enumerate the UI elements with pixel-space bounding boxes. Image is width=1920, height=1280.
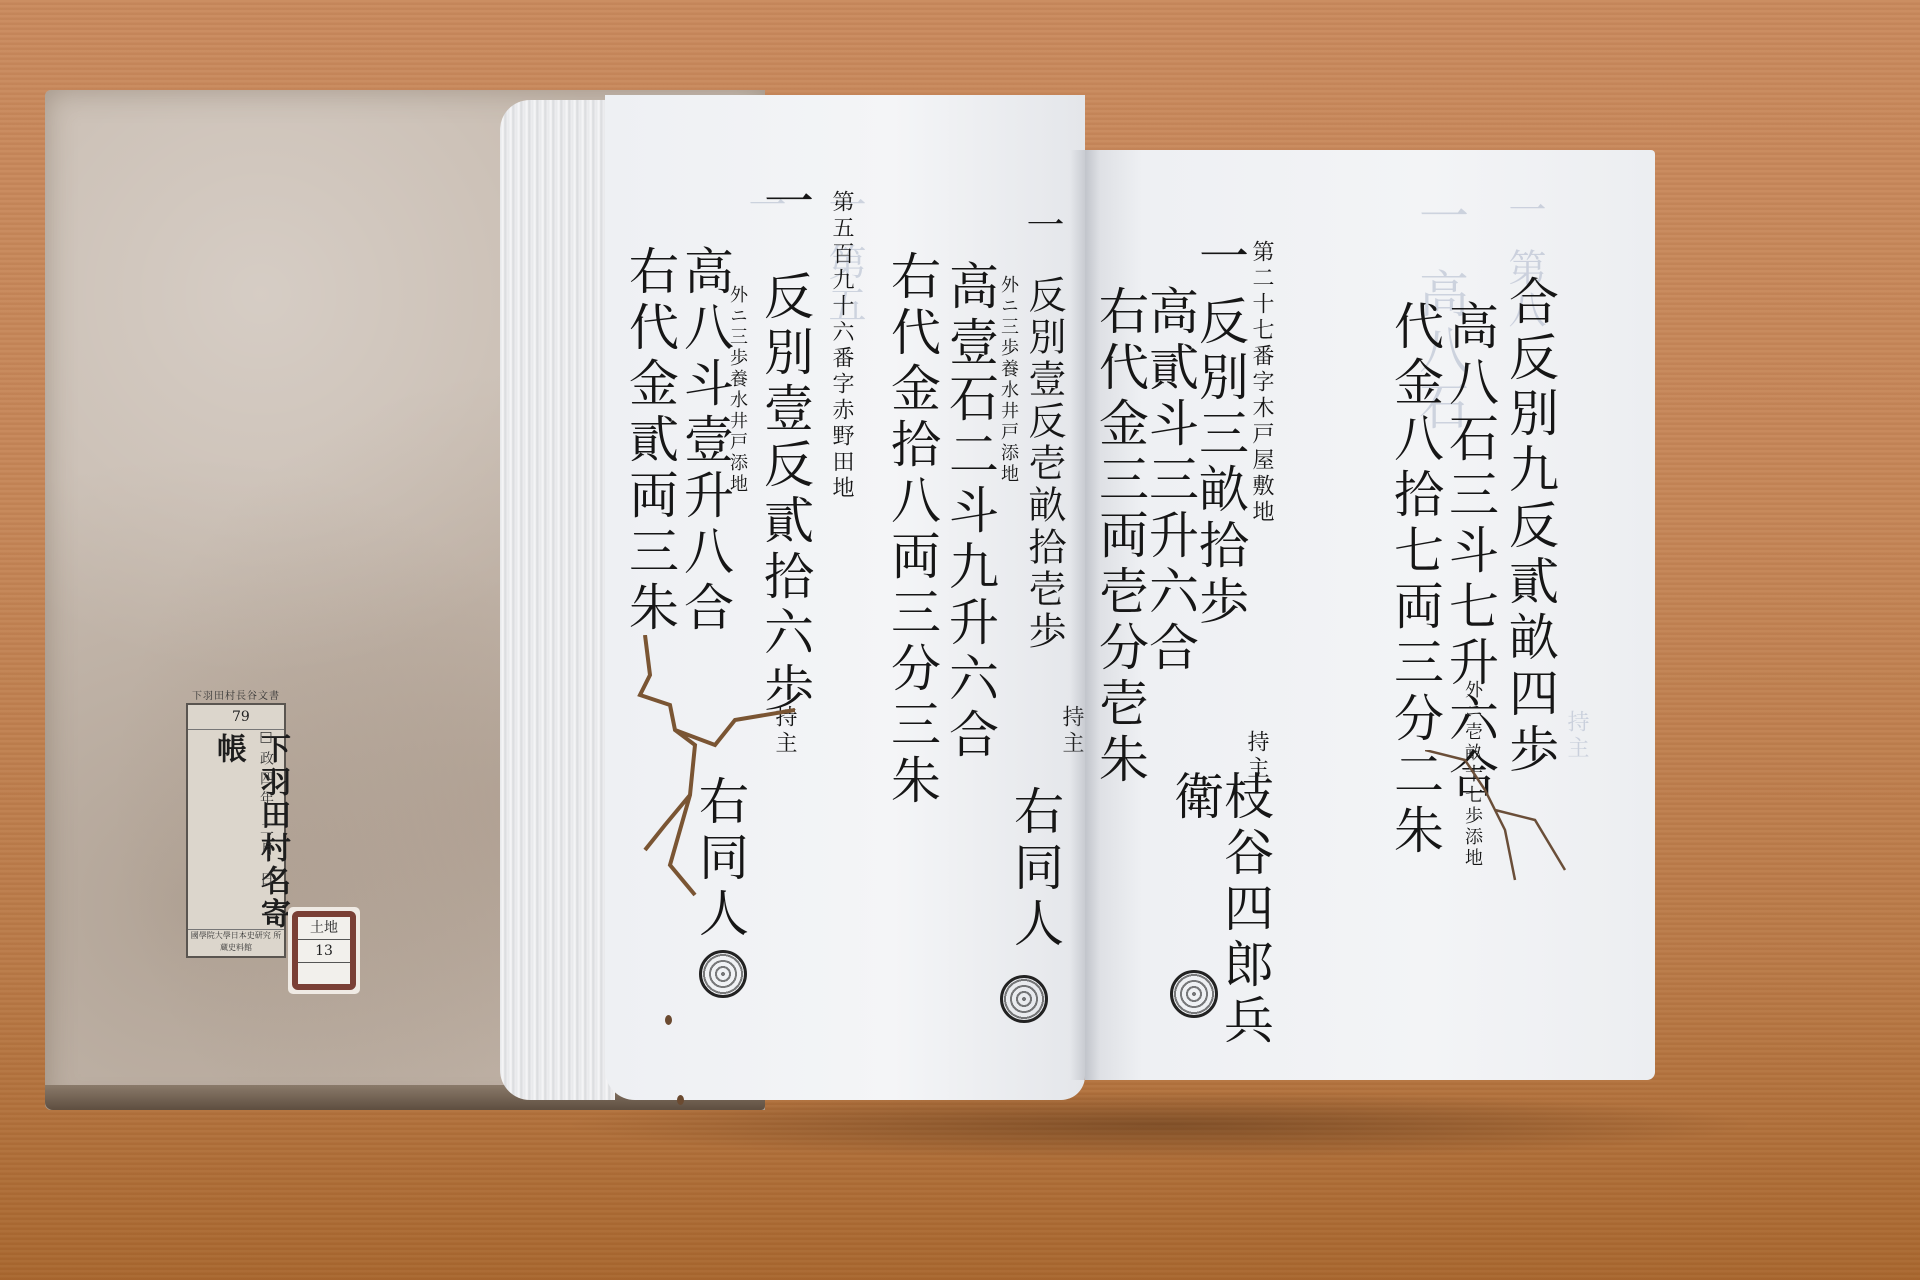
page-stack-edge bbox=[500, 100, 615, 1100]
entry-lot: 第五百九十六番字赤野田地 bbox=[830, 190, 852, 502]
classification-number: 13 bbox=[298, 940, 350, 963]
entry-area: 反別壹反壱畝拾壱歩 bbox=[1025, 275, 1063, 653]
worm-hole bbox=[677, 1095, 684, 1105]
entry-note: 外ニ三歩養水井戸添地 bbox=[999, 275, 1017, 485]
entry-marker: 一 bbox=[1023, 205, 1061, 247]
classification-label: 土地 13 bbox=[288, 907, 360, 994]
worm-hole bbox=[665, 1015, 672, 1025]
archive-label-footer: 國學院大學日本史研究 所蔵史料館 bbox=[188, 929, 284, 954]
entry-yield: 高壹石二斗九升六合 bbox=[945, 260, 995, 764]
document-date: □政四年 二月 日 bbox=[256, 729, 276, 892]
insect-damage bbox=[1425, 750, 1585, 920]
document-title: 下羽田村名寄帳 bbox=[206, 733, 294, 956]
book-gutter bbox=[1070, 150, 1100, 1080]
archive-label: 下羽田村長谷文書 79 下羽田村名寄帳 □政四年 二月 日 國學院大學日本史研究… bbox=[186, 703, 286, 958]
seal-stamp-icon bbox=[1000, 975, 1048, 1023]
total-area: 合反別九反貳畝四歩 bbox=[1505, 275, 1555, 779]
seal-stamp-icon bbox=[1170, 970, 1218, 1018]
entry-price: 右代金三両壱分壱朱 bbox=[1095, 285, 1145, 789]
entry-price: 右代金貳両三朱 bbox=[625, 245, 675, 637]
owner-name: 枝谷四郎兵衛 bbox=[1170, 770, 1270, 1080]
entry-area: 反別三畝拾歩 bbox=[1195, 295, 1245, 631]
seal-stamp-icon bbox=[699, 950, 747, 998]
entry-yield: 高八斗壹升八合 bbox=[680, 245, 730, 637]
archive-number: 79 bbox=[232, 709, 250, 725]
entry-marker: 一 bbox=[1195, 230, 1245, 286]
entry-price: 右代金拾八両三分三朱 bbox=[887, 250, 937, 810]
entry-yield: 高貳斗三升六合 bbox=[1145, 285, 1195, 677]
right-page: 一 第八 一 高八石 持主 第二十七番字木戸屋敷地 一 反別三畝拾歩 高貳斗三升… bbox=[1085, 150, 1655, 1080]
left-page: 一 第五 一 第五百九十六番字赤野田地 一 反別壹反貳拾六歩 外ニ三歩養水井戸添… bbox=[605, 95, 1085, 1100]
classification-category: 土地 bbox=[298, 917, 350, 940]
entry-marker: 一 bbox=[760, 175, 810, 231]
entry-lot: 第二十七番字木戸屋敷地 bbox=[1250, 240, 1272, 526]
owner-name: 右同人 bbox=[1010, 785, 1060, 953]
insect-damage bbox=[635, 635, 795, 955]
total-yield: 高八石三斗七升六合 bbox=[1445, 300, 1495, 804]
archive-number-row: 79 bbox=[188, 709, 284, 730]
archive-label-header: 下羽田村長谷文書 bbox=[188, 687, 284, 702]
